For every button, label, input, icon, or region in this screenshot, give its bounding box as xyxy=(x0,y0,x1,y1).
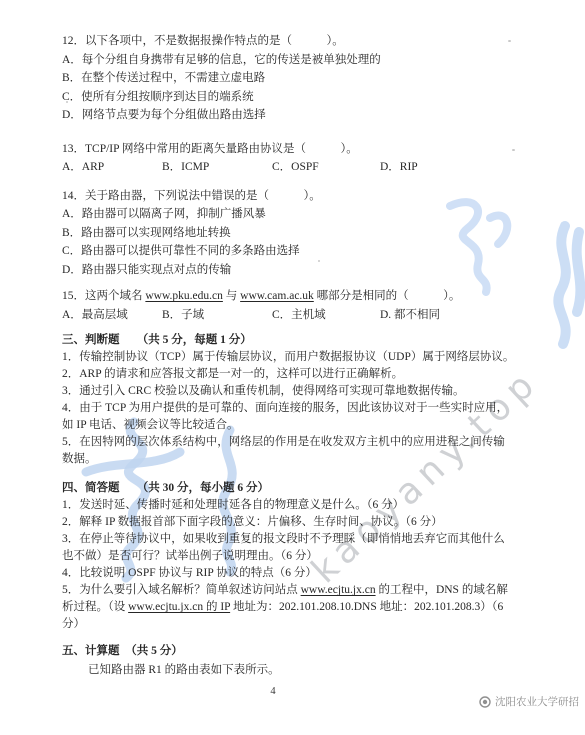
section-3-item-2: 2．ARP 的请求和应答报文都是一对一的，这样可以进行正确解析。 xyxy=(62,366,502,383)
section-4-item-5: 5．为什么要引入域名解析？简单叙述访问站点 www.ecjtu.jx.cn 的工… xyxy=(62,582,502,599)
question-13: 13．TCP/IP 网络中常用的距离矢量路由协议是（ ）。 A．ARP B．IC… xyxy=(62,140,502,177)
section-3-true-false: 三、判断题 （共 5 分，每题 1 分） 1．传输控制协议（TCP）属于传输层协… xyxy=(62,332,502,468)
section-5-calculation: 五、计算题 （共 5 分） 已知路由器 R1 的路由表如下表所示。 xyxy=(62,642,502,679)
question-15-option-d: D. 都不相同 xyxy=(380,306,440,325)
question-12-option-a: A．每个分组自身携带有足够的信息，它的传送是被单独处理的 xyxy=(62,51,502,70)
section-4-item-5-pre: 5．为什么要引入域名解析？简单叙述访问站点 xyxy=(62,584,301,596)
section-3-item-1: 1．传输控制协议（TCP）属于传输层协议，而用户数据报协议（UDP）属于网络层协… xyxy=(62,349,502,366)
footer-brand-text: 沈阳农业大学研招 xyxy=(495,694,579,709)
question-12-option-d: D．网络节点要为每个分组做出路由选择 xyxy=(62,106,502,125)
section-4-item-1: 1．发送时延、传播时延和处理时延各自的物理意义是什么。（6 分） xyxy=(62,497,502,514)
question-13-option-c: C．OSPF xyxy=(272,158,380,177)
section-3-item-4: 4．由于 TCP 为用户提供的是可靠的、面向连接的服务，因此该协议对于一些实时应… xyxy=(62,400,502,417)
question-15-stem: 15．这两个域名 www.pku.edu.cn 与 www.cam.ac.uk … xyxy=(62,287,502,306)
section-3-item-5-cont: 数据。 xyxy=(62,451,502,468)
question-14-stem: 14．关于路由器，下列说法中错误的是（ ）。 xyxy=(62,187,502,206)
blue-handwriting-watermark-edge xyxy=(549,220,585,350)
question-13-option-d: D．RIP xyxy=(380,158,418,177)
section-4-item-5-cont-post: 地址为：202.101.208.10.DNS 地址：202.101.208.3）… xyxy=(230,601,503,613)
section-3-item-3: 3．通过引入 CRC 校验以及确认和重传机制，使得网络可实现可靠地数据传输。 xyxy=(62,383,502,400)
question-15-option-a: A．最高层域 xyxy=(62,306,162,325)
section-4-short-answer: 四、简答题 （共 30 分，每小题 6 分） 1．发送时延、传播时延和处理时延各… xyxy=(62,480,502,633)
section-4-item-5-cont: 析过程。（设 www.ecjtu.jx.cn 的 IP 地址为：202.101.… xyxy=(62,599,502,616)
question-15-stem-pre: 15．这两个域名 xyxy=(62,290,145,302)
section-4-item-5-post: 的工程中，DNS 的域名解 xyxy=(376,584,508,596)
question-14: 14．关于路由器，下列说法中错误的是（ ）。 A．路由器可以隔离子网，抑制广播风… xyxy=(62,187,502,280)
section-4-heading: 四、简答题 （共 30 分，每小题 6 分） xyxy=(62,480,502,497)
section-4-item-5-url-1: www.ecjtu.jx.cn xyxy=(301,584,376,596)
section-3-item-4-cont: 如 IP 电话、视频会议等比较适合。 xyxy=(62,417,502,434)
page-number: 4 xyxy=(264,686,282,697)
question-15-domain-2: www.cam.ac.uk xyxy=(240,290,314,302)
section-4-item-3-cont: 也不做）是否可行？试举出例子说明理由。（6 分） xyxy=(62,548,502,565)
question-12-option-c: C．使所有分组按顺序到达目的端系统 xyxy=(62,88,502,107)
section-4-item-5-cont-pre: 析过程。（设 xyxy=(62,601,128,613)
section-5-body: 已知路由器 R1 的路由表如下表所示。 xyxy=(62,661,502,680)
section-4-item-2: 2．解释 IP 数据报首部下面字段的意义：片偏移、生存时间、协议。（6 分） xyxy=(62,514,502,531)
section-3-item-5: 5．在因特网的层次体系结构中，网络层的作用是在收发双方主机中的应用进程之间传输 xyxy=(62,434,502,451)
question-14-option-c: C．路由器可以提供可靠性不同的多条路由选择 xyxy=(62,242,502,261)
section-3-heading: 三、判断题 （共 5 分，每题 1 分） xyxy=(62,332,502,349)
question-14-option-b: B．路由器可以实现网络地址转换 xyxy=(62,224,502,243)
question-15-option-b: B．子域 xyxy=(162,306,272,325)
scan-speck xyxy=(512,149,515,151)
question-13-option-a: A．ARP xyxy=(62,158,162,177)
footer-brand: 沈阳农业大学研招 xyxy=(479,694,579,709)
question-12-stem: 12．以下各项中，不是数据报操作特点的是（ ）。 xyxy=(62,32,502,51)
section-5-heading: 五、计算题 （共 5 分） xyxy=(62,642,502,661)
question-13-option-b: B．ICMP xyxy=(162,158,272,177)
question-15: 15．这两个域名 www.pku.edu.cn 与 www.cam.ac.uk … xyxy=(62,287,502,324)
scan-speck xyxy=(508,40,511,42)
question-13-options-row: A．ARP B．ICMP C．OSPF D．RIP xyxy=(62,158,502,177)
question-12-option-b: B．在整个传送过程中，不需建立虚电路 xyxy=(62,69,502,88)
section-4-item-5-end: 分） xyxy=(62,616,502,633)
question-14-option-a: A．路由器可以隔离子网，抑制广播风暴 xyxy=(62,205,502,224)
university-logo-icon xyxy=(479,696,491,708)
page-content: 12．以下各项中，不是数据报操作特点的是（ ）。 A．每个分组自身携带有足够的信… xyxy=(62,32,502,679)
section-4-item-5-url-2: www.ecjtu.jx.cn 的 IP xyxy=(128,601,230,613)
section-4-item-4: 4．比较说明 OSPF 协议与 RIP 协议的特点（6 分） xyxy=(62,565,502,582)
question-15-stem-post: 哪部分是相同的（ ）。 xyxy=(314,290,461,302)
question-12: 12．以下各项中，不是数据报操作特点的是（ ）。 A．每个分组自身携带有足够的信… xyxy=(62,32,502,125)
exam-paper-page: kaoyany.top 12．以下各项中，不是数据报操作特点的是（ ）。 A．每… xyxy=(0,0,585,735)
question-15-stem-mid: 与 xyxy=(223,290,240,302)
question-15-options-row: A．最高层域 B．子域 C．主机域 D. 都不相同 xyxy=(62,306,502,325)
section-4-item-3: 3．在停止等待协议中，如果收到重复的报文段时不予理睬（即悄悄地丢弃它而其他什么 xyxy=(62,531,502,548)
question-13-stem: 13．TCP/IP 网络中常用的距离矢量路由协议是（ ）。 xyxy=(62,140,502,159)
question-15-option-c: C．主机域 xyxy=(272,306,380,325)
question-15-domain-1: www.pku.edu.cn xyxy=(145,290,223,302)
question-14-option-d: D．路由器只能实现点对点的传输 xyxy=(62,261,502,280)
